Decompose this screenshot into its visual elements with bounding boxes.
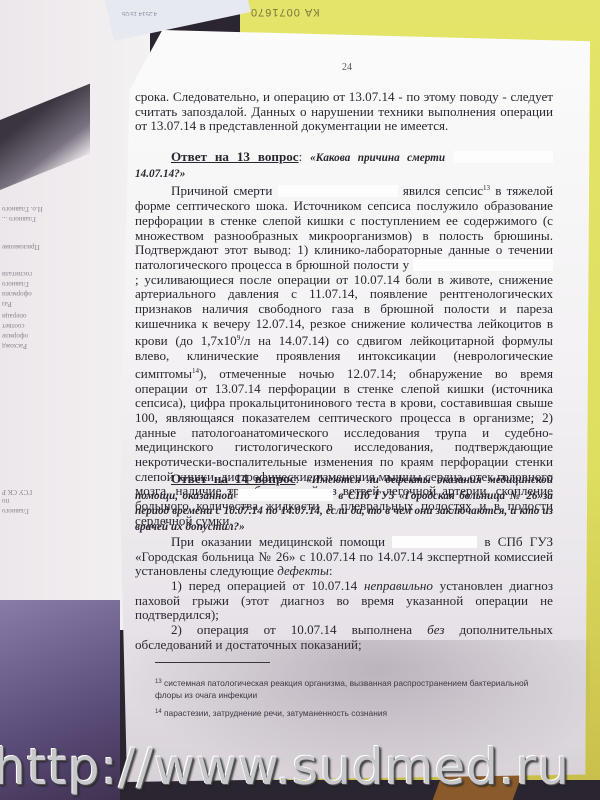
redaction — [453, 151, 553, 163]
background-text: Главного — [2, 280, 29, 288]
footnote-text: парастезии, затруднение речи, затуманенн… — [164, 708, 387, 718]
emphasis: неправильно — [364, 578, 433, 593]
background-text: Главного — [2, 507, 29, 515]
answer-13-question-end: 14.07.14?» — [135, 168, 185, 180]
background-text: Приложение — [2, 243, 40, 251]
punctuation: : — [329, 563, 333, 578]
watermark: http://www.sudmed.ru — [0, 738, 570, 796]
footnote-number: 14 — [155, 709, 162, 715]
background-text: операци — [2, 312, 26, 320]
background-text: Расхожд — [2, 342, 27, 350]
footnote-14: 14 парастезии, затруднение речи, затуман… — [155, 706, 555, 719]
background-text: оформле — [2, 332, 28, 340]
answer-13-text: явился сепсис — [403, 183, 483, 198]
receipt-small-text: 4.2514 15:05 — [122, 10, 157, 16]
defect-item-1: 1) перед операцией от 10.07.14 — [171, 578, 357, 593]
footnote-text: системная патологическая реакция организ… — [155, 678, 528, 700]
footnote-ref: 13 — [483, 184, 490, 192]
page-number: 24 — [342, 62, 352, 73]
answer-13-question: «Какова причина смерти — [310, 152, 445, 164]
background-text: по — [2, 497, 9, 505]
intro-paragraph: срока. Следовательно, и операцию от 13.0… — [135, 90, 553, 134]
background-text: Главного ... — [2, 215, 36, 223]
answer-13-label: Ответ на 13 вопрос — [171, 149, 299, 164]
emphasis: дефекты — [277, 563, 329, 578]
footnote-divider — [155, 662, 270, 663]
background-text: госпиталя — [2, 270, 32, 278]
answer-14-label: Ответ на 14 вопрос — [171, 471, 296, 486]
redaction — [238, 489, 333, 501]
footnotes: 13 системная патологическая реакция орга… — [155, 676, 555, 724]
redaction — [392, 536, 477, 548]
answer-14-text: При оказании медицинской помощи — [171, 534, 385, 549]
footnote-13: 13 системная патологическая реакция орга… — [155, 676, 555, 701]
background-text: соответ — [2, 322, 25, 330]
receipt-number: КА 0071670 — [250, 6, 320, 18]
background-text: Раз — [2, 300, 12, 308]
redaction — [278, 185, 398, 197]
emphasis: без — [427, 622, 444, 637]
answer-13-text: Причиной смерти — [171, 183, 272, 198]
answer-14-section: Ответ на 14 вопрос: «Имеются ли дефекты … — [135, 472, 553, 652]
footnote-ref: 14 — [192, 367, 199, 375]
background-text: ГСУ СК Р — [2, 488, 32, 496]
defect-item-2: 2) операция от 10.07.14 выполнена — [171, 622, 412, 637]
background-text: Н.о. Главного — [2, 205, 43, 213]
background-text: оформлен — [2, 290, 32, 298]
footnote-number: 13 — [155, 679, 162, 685]
redaction — [413, 259, 553, 271]
intro-text: срока. Следовательно, и операцию от 13.0… — [135, 90, 553, 134]
